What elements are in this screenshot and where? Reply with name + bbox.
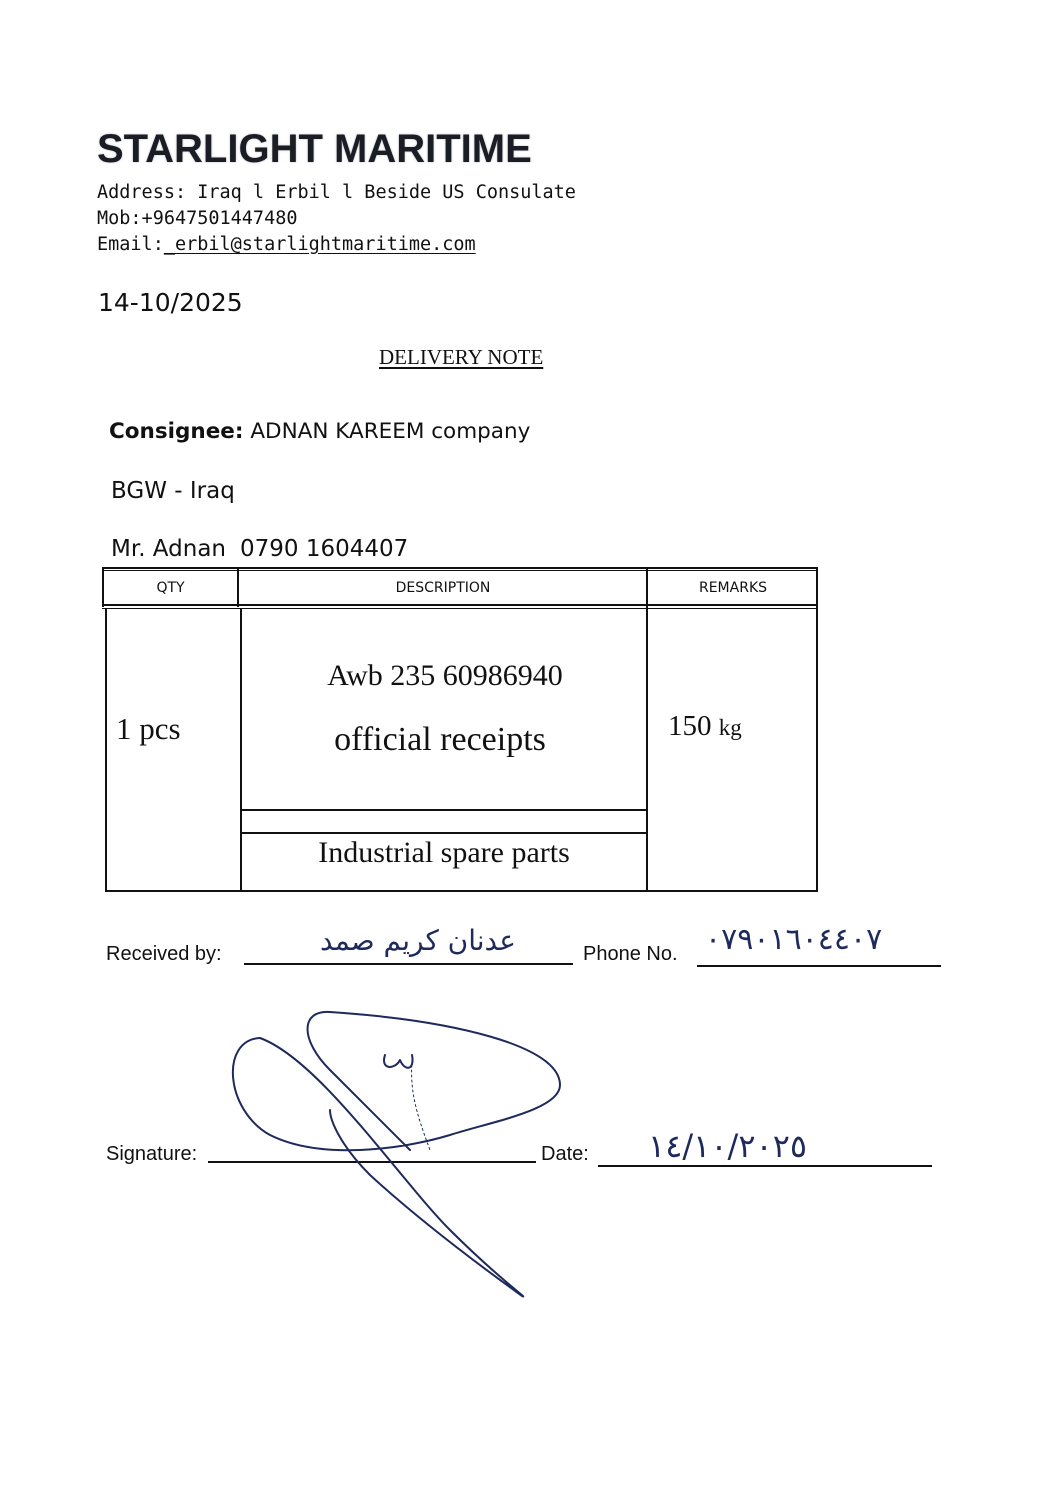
signature-scribble-icon [200, 1000, 600, 1310]
received-by-label: Received by: [106, 943, 222, 966]
phone-line[interactable] [697, 965, 941, 967]
table-border-top [102, 567, 818, 569]
col-divider-2 [646, 567, 648, 892]
phone-label: Phone No. [583, 943, 678, 966]
date-line[interactable] [598, 1165, 932, 1167]
company-address: Address: Iraq l Erbil l Beside US Consul… [97, 182, 576, 203]
header-divider [102, 604, 818, 606]
company-email-line: Email:_erbil@starlightmaritime.com [97, 234, 476, 255]
header-divider-inner [102, 608, 818, 609]
header-description: DESCRIPTION [239, 580, 647, 596]
document-date: 14-10/2025 [98, 288, 243, 317]
consignee-location: BGW - Iraq [111, 478, 235, 504]
header-remarks: REMARKS [648, 580, 818, 596]
table-border-left [105, 608, 107, 892]
items-table: QTY DESCRIPTION REMARKS 1 pcs Awb 235 60… [102, 567, 818, 892]
row-remarks: 150 kg [668, 710, 742, 743]
consignee-contact: Mr. Adnan0790 1604407 [111, 536, 408, 562]
table-border-right [816, 567, 818, 892]
row-description-line-2: official receipts [242, 721, 638, 759]
table-border-bottom [106, 890, 818, 892]
remarks-value: 150 [668, 710, 712, 742]
consignee-label: Consignee: [109, 419, 243, 444]
remarks-unit: kg [719, 715, 742, 740]
email-link[interactable]: _erbil@starlightmaritime.com [164, 234, 476, 255]
consignee-line: Consignee: ADNAN KAREEM company [109, 419, 530, 444]
consignee-name: ADNAN KAREEM company [250, 419, 530, 444]
table-border-top-inner [102, 570, 818, 571]
email-label: Email: [97, 234, 164, 255]
received-by-handwriting: عدنان كريم صمد [320, 924, 516, 957]
row-qty: 1 pcs [116, 711, 181, 747]
header-qty: QTY [102, 580, 239, 596]
row-description-sub: Industrial spare parts [242, 836, 646, 870]
row-description-line-1: Awb 235 60986940 [242, 659, 648, 693]
company-name: STARLIGHT MARITIME [97, 127, 532, 172]
contact-phone: 0790 1604407 [240, 536, 408, 562]
desc-subrow-line-1 [241, 809, 647, 811]
received-by-line[interactable] [244, 963, 573, 965]
signature-label: Signature: [106, 1143, 197, 1166]
contact-name: Mr. Adnan [111, 536, 226, 562]
phone-handwriting: ٠٧٩٠١٦٠٤٤٠٧ [705, 922, 882, 957]
date-handwriting: ١٤/١٠/٢٠٢٥ [648, 1127, 807, 1165]
desc-subrow-line-2 [241, 832, 647, 834]
document-title: DELIVERY NOTE [379, 345, 543, 370]
company-mobile: Mob:+9647501447480 [97, 208, 297, 229]
